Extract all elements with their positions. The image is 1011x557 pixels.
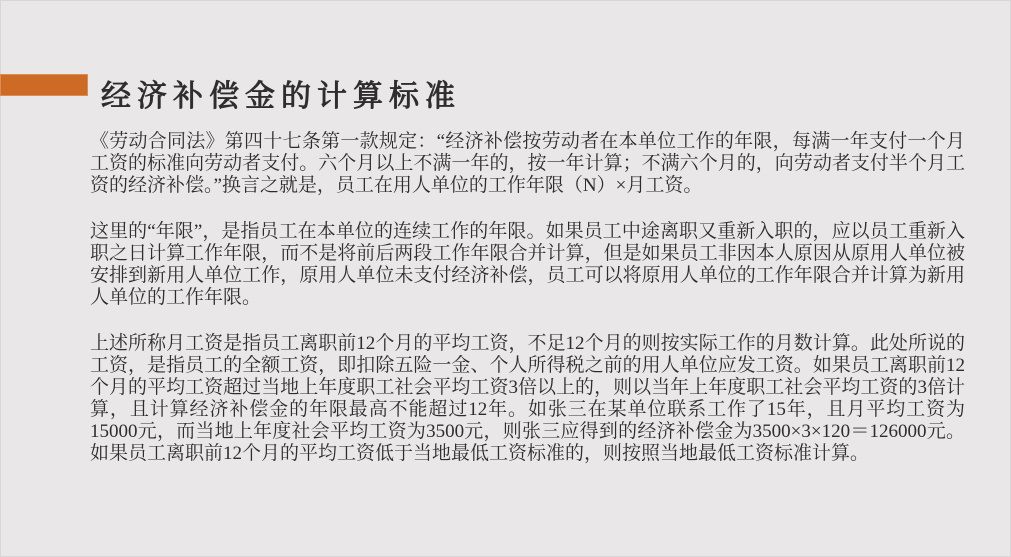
slide-body: 《劳动合同法》第四十七条第一款规定：“经济补偿按劳动者在本单位工作的年限，每满一… — [90, 131, 965, 465]
title-accent-bar — [0, 74, 88, 96]
slide: 经济补偿金的计算标准 《劳动合同法》第四十七条第一款规定：“经济补偿按劳动者在本… — [0, 0, 1011, 557]
paragraph-law-article-47: 《劳动合同法》第四十七条第一款规定：“经济补偿按劳动者在本单位工作的年限，每满一… — [90, 131, 965, 197]
slide-title: 经济补偿金的计算标准 — [101, 71, 461, 115]
paragraph-monthly-wage-definition: 上述所称月工资是指员工离职前12个月的平均工资，不足12个月的则按实际工作的月数… — [90, 333, 965, 465]
paragraph-service-years-definition: 这里的“年限”，是指员工在本单位的连续工作的年限。如果员工中途离职又重新入职的，… — [90, 221, 965, 309]
